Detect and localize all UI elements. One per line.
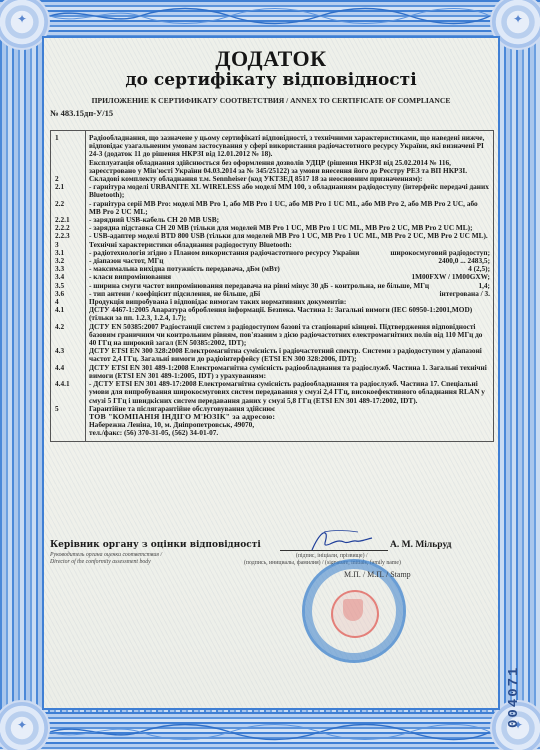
row-text: ДСТУ EN 50385:2007 Радіостанції систем з…	[89, 322, 482, 347]
row-text: Експлуатація обладнання здійснюється без…	[89, 158, 467, 175]
row-number: 2.2	[51, 200, 86, 216]
row-text-cell: ДСТУ ETSI EN 300 328:2008 Електромагнітн…	[86, 347, 494, 363]
row-text: Радіообладнання, що зазначене у цьому се…	[89, 133, 484, 158]
bottom-guilloche-band	[0, 712, 540, 750]
row-number: 4.1	[51, 306, 86, 322]
row-number: 4.4	[51, 364, 86, 380]
row-text-cell: - гарнітура моделі URBANITE XL WIRELESS …	[86, 183, 494, 199]
row-text: - гарнітура серії MB Pro: моделі MB Pro …	[89, 199, 478, 216]
signature-icon	[306, 528, 376, 554]
stamp-label: М.П. / М.П. / Stamp	[344, 570, 411, 579]
service-info: Гарантійне та післягарантійне обслуговув…	[86, 405, 494, 441]
row-number: 4.2	[51, 323, 86, 348]
row-text-cell: Радіообладнання, що зазначене у цьому се…	[86, 131, 494, 159]
table-row-service: 5Гарантійне та післягарантійне обслугову…	[51, 405, 494, 441]
table-row: 4.4.1- ДСТУ ETSI EN 301 489-17:2008 Елек…	[51, 380, 494, 405]
certificate-page: ДОДАТОК до сертифікату відповідності ПРИ…	[42, 36, 500, 710]
table-row: 4.4ДСТУ ETSI EN 301 489-1:2008 Електрома…	[51, 364, 494, 380]
row-number: 4.3	[51, 347, 86, 363]
director-title-ru: Руководитель органа оценки соответствия …	[50, 552, 162, 558]
row-number: 5	[51, 405, 86, 441]
row-text: ДСТУ ETSI EN 300 328:2008 Електромагнітн…	[89, 346, 482, 363]
row-number: 4.4.1	[51, 380, 86, 405]
row-text-cell: - ДСТУ ETSI EN 301 489-17:2008 Електрома…	[86, 380, 494, 405]
table-row: 2.2- гарнітура серії MB Pro: моделі MB P…	[51, 200, 494, 216]
coat-of-arms-icon	[343, 599, 363, 621]
table-row: Експлуатація обладнання здійснюється без…	[51, 159, 494, 175]
signer-name: А. М. Мільруд	[390, 540, 451, 550]
table-row: 4.2ДСТУ EN 50385:2007 Радіостанції систе…	[51, 323, 494, 348]
annex-line: ПРИЛОЖЕНИЕ К СЕРТИФИКАТУ СООТВЕТСТВИЯ / …	[44, 96, 498, 105]
serial-number: 004071	[506, 666, 522, 728]
guilloche-wave-icon	[50, 6, 490, 26]
row-number	[51, 159, 86, 175]
guilloche-wave-icon	[50, 722, 490, 742]
director-title: Керівник органу з оцінки відповідності	[50, 540, 261, 550]
row-text-cell: Експлуатація обладнання здійснюється без…	[86, 159, 494, 175]
row-number: 1	[51, 131, 86, 159]
row-text-cell: - гарнітура серії MB Pro: моделі MB Pro …	[86, 200, 494, 216]
row-text-cell: ДСТУ EN 50385:2007 Радіостанції систем з…	[86, 323, 494, 348]
row-text: ДСТУ ETSI EN 301 489-1:2008 Електромагні…	[89, 363, 487, 380]
table-row: 4.3ДСТУ ETSI EN 300 328:2008 Електромагн…	[51, 347, 494, 363]
row-text: - гарнітура моделі URBANITE XL WIRELESS …	[89, 182, 489, 199]
row-text-cell: ДСТУ 4467-1:2005 Апаратура оброблення ін…	[86, 306, 494, 322]
table-row: 2.1- гарнітура моделі URBANITE XL WIRELE…	[51, 183, 494, 199]
document-title: ДОДАТОК	[44, 46, 498, 72]
service-phone: тел./факс: (56) 370-31-05, (562) 34-01-0…	[89, 429, 490, 437]
top-guilloche-band	[0, 0, 540, 36]
row-text-cell: ДСТУ ETSI EN 301 489-1:2008 Електромагні…	[86, 364, 494, 380]
table-row: 1Радіообладнання, що зазначене у цьому с…	[51, 131, 494, 159]
table-row: 4.1ДСТУ 4467-1:2005 Апаратура оброблення…	[51, 306, 494, 322]
row-text: - ДСТУ ETSI EN 301 489-17:2008 Електрома…	[89, 379, 485, 404]
document-subtitle: до сертифікату відповідності	[44, 70, 498, 90]
certificate-number: № 483.15дп-У/15	[50, 108, 113, 118]
director-title-en: Director of the conformity assessment bo…	[50, 559, 151, 565]
row-number: 2.1	[51, 183, 86, 199]
row-text: ДСТУ 4467-1:2005 Апаратура оброблення ін…	[89, 305, 472, 322]
row-value: інтегрована / 3.	[440, 290, 490, 298]
specification-table: 1Радіообладнання, що зазначене у цьому с…	[50, 130, 494, 442]
